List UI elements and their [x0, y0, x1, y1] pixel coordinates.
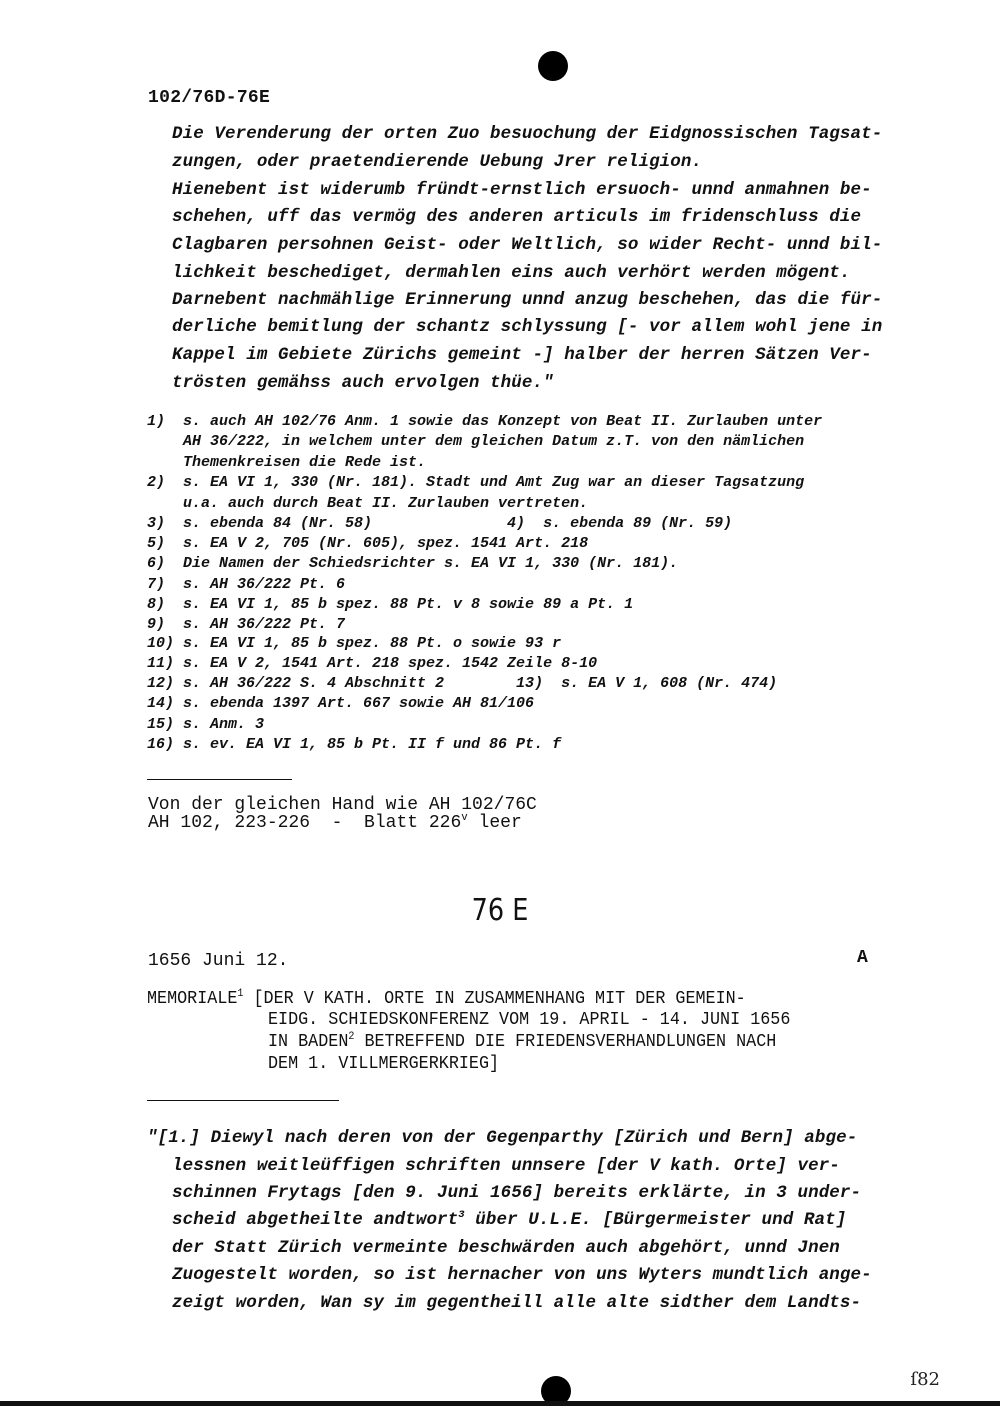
footnote-line: 8) s. EA VI 1, 85 b spez. 88 Pt. v 8 sow…: [147, 596, 633, 613]
page-reference-header: 102/76D-76E: [148, 88, 270, 108]
text-line: scheid abgetheilte andtwort3 über U.L.E.…: [172, 1210, 846, 1230]
text-line: schinnen Frytags [den 9. Juni 1656] bere…: [172, 1183, 861, 1203]
text-line: der Statt Zürich vermeinte beschwärden a…: [172, 1238, 840, 1258]
title-line: IN BADEN2 BETREFFEND DIE FRIEDENSVERHAND…: [268, 1032, 776, 1052]
text-line: Die Verenderung der orten Zuo besuochung…: [172, 124, 882, 144]
title-text: MEMORIALE: [147, 989, 237, 1009]
text-line: lessnen weitleüffigen schriften unnsere …: [172, 1156, 840, 1176]
footnote-line: u.a. auch durch Beat II. Zurlauben vertr…: [147, 495, 588, 512]
footnote-line: AH 36/222, in welchem unter dem gleichen…: [147, 433, 804, 450]
footnote-line: 10) s. EA VI 1, 85 b spez. 88 Pt. o sowi…: [147, 635, 561, 652]
footnote-line: 3) s. ebenda 84 (Nr. 58) 4) s. ebenda 89…: [147, 515, 732, 532]
punch-hole-top: [538, 51, 568, 81]
text-span: über U.L.E. [Bürgermeister und Rat]: [465, 1210, 847, 1230]
title-line: MEMORIALE1 [DER V KATH. ORTE IN ZUSAMMEN…: [147, 989, 746, 1009]
separator-rule: [147, 779, 292, 780]
footnote-line: 5) s. EA V 2, 705 (Nr. 605), spez. 1541 …: [147, 535, 588, 552]
title-text: [DER V KATH. ORTE IN ZUSAMMENHANG MIT DE…: [243, 989, 745, 1009]
text-line: lichkeit beschediget, dermahlen eins auc…: [172, 263, 851, 283]
scan-edge: [0, 1401, 1000, 1406]
text-line: "[1.] Diewyl nach deren von der Gegenpar…: [147, 1128, 857, 1148]
source-note-text: AH 102, 223-226 - Blatt 226: [148, 813, 461, 833]
separator-rule: [147, 1100, 339, 1101]
footnote-line: 9) s. AH 36/222 Pt. 7: [147, 616, 345, 633]
footnote-line: 16) s. ev. EA VI 1, 85 b Pt. II f und 86…: [147, 736, 561, 753]
footnote-line: 1) s. auch AH 102/76 Anm. 1 sowie das Ko…: [147, 413, 822, 430]
text-line: Zuogestelt worden, so ist hernacher von …: [172, 1265, 872, 1285]
footnote-line: 7) s. AH 36/222 Pt. 6: [147, 576, 345, 593]
title-line: DEM 1. VILLMERGERKRIEG]: [268, 1054, 499, 1074]
source-note-line-2: AH 102, 223-226 - Blatt 226v leer: [148, 813, 522, 833]
text-line: zeigt worden, Wan sy im gegentheill alle…: [172, 1293, 861, 1313]
handwritten-page-mark: ſ82: [910, 1369, 940, 1390]
text-line: Hienebent ist widerumb fründt-ernstlich …: [172, 180, 872, 200]
text-line: Darnebent nachmählige Erinnerung unnd an…: [172, 290, 882, 310]
footnote-line: 2) s. EA VI 1, 330 (Nr. 181). Stadt und …: [147, 474, 804, 491]
document-date: 1656 Juni 12.: [148, 951, 288, 971]
footnote-line: 11) s. EA V 2, 1541 Art. 218 spez. 1542 …: [147, 655, 597, 672]
document-type-letter: A: [857, 948, 868, 968]
text-line: zungen, oder praetendierende Uebung Jrer…: [172, 152, 702, 172]
text-line: Kappel im Gebiete Zürichs gemeint -] hal…: [172, 345, 872, 365]
title-text: IN BADEN: [268, 1032, 348, 1052]
footnote-line: 14) s. ebenda 1397 Art. 667 sowie AH 81/…: [147, 695, 534, 712]
footnote-line: 15) s. Anm. 3: [147, 716, 264, 733]
source-note-line-1: Von der gleichen Hand wie AH 102/76C: [148, 795, 537, 815]
footnote-line: 12) s. AH 36/222 S. 4 Abschnitt 2 13) s.…: [147, 675, 777, 692]
source-note-text: leer: [468, 813, 522, 833]
text-line: Clagbaren persohnen Geist- oder Weltlich…: [172, 235, 882, 255]
document-number: 76 E: [75, 893, 925, 928]
footnote-line: 6) Die Namen der Schiedsrichter s. EA VI…: [147, 555, 678, 572]
text-line: schehen, uff das vermög des anderen arti…: [172, 207, 861, 227]
title-line: EIDG. SCHIEDSKONFERENZ VOM 19. APRIL - 1…: [268, 1010, 790, 1030]
text-span: scheid abgetheilte andtwort: [172, 1210, 458, 1230]
title-text: BETREFFEND DIE FRIEDENSVERHANDLUNGEN NAC…: [354, 1032, 776, 1052]
text-line: trösten gemähss auch ervolgen thüe.": [172, 373, 554, 393]
document-page: 102/76D-76E Die Verenderung der orten Zu…: [0, 0, 1000, 1406]
text-line: derliche bemitlung der schantz schlyssun…: [172, 317, 882, 337]
footnote-line: Themenkreisen die Rede ist.: [147, 454, 426, 471]
